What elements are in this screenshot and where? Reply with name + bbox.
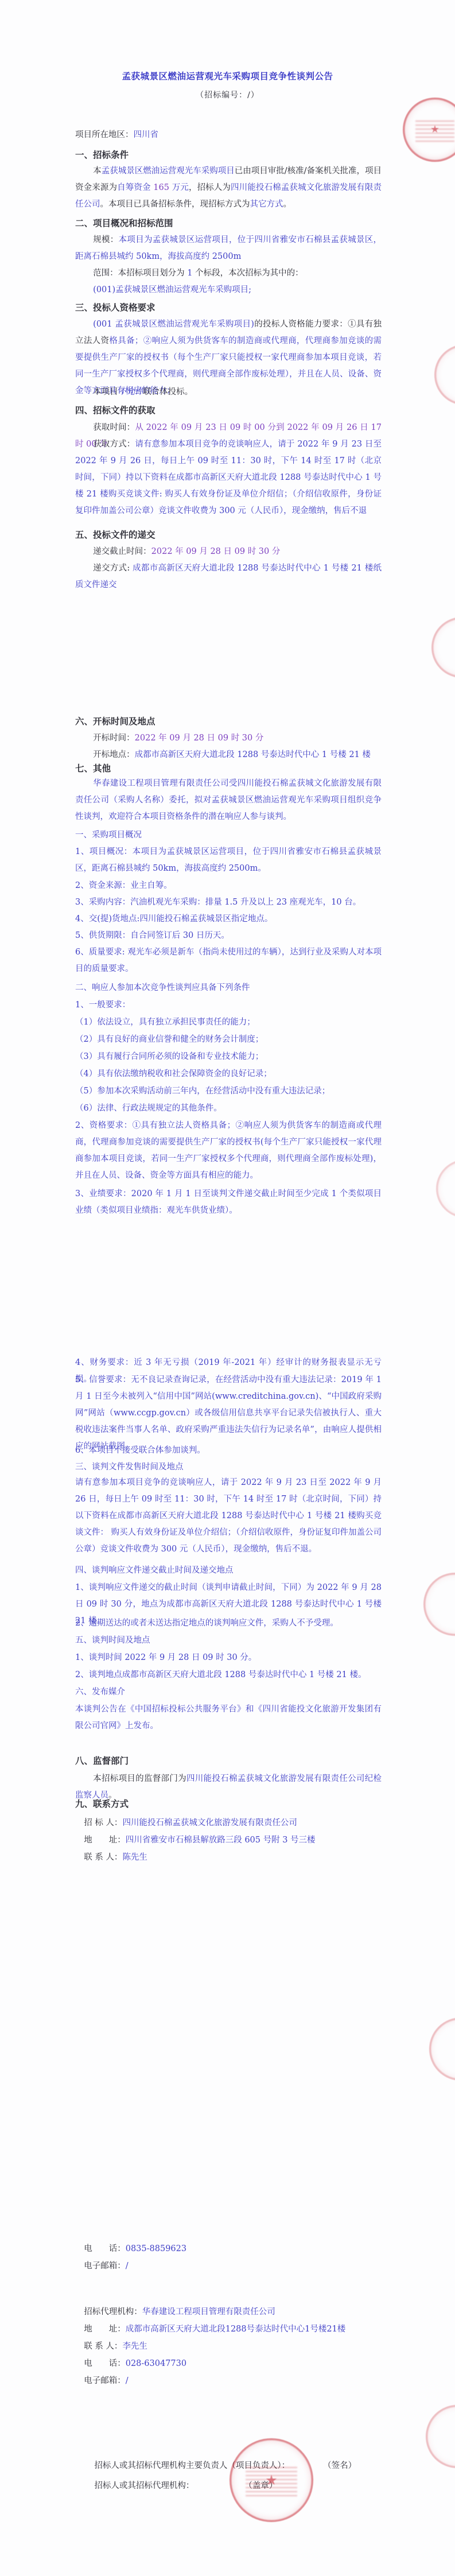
text-run: / [126,2261,129,2271]
text-run: 请有意参加本项目竞争的竞谈响应人，请于 2022 年 9 月 23 日至 202… [75,1478,382,1554]
text-run: 1、谈判时间 2022 年 9 月 28 日 09 时 30 分。 [75,1653,256,1662]
text-run: 招 标 人： [84,1818,122,1828]
text-run: 本 [93,166,102,176]
paragraph: 电 话：028-63047730 [75,2356,382,2372]
paragraph: 本项目不允许联合体投标。 [75,384,382,401]
text-run: 不允许 [118,387,143,397]
paragraph: 2、逾期送达的或者未送达指定地点的谈判响应文件，采购人不予受理。 [75,1615,382,1632]
text-run: 五、投标文件的递交 [75,529,155,540]
paragraph: 一、采购项目概况 [75,827,382,844]
text-run: 电 话： [84,2244,126,2253]
official-seal-partial [423,1573,455,1636]
paragraph: 开标时间：2022 年 09 月 28 日 09 时 30 分 [75,730,382,747]
official-seal: ★ [403,98,455,162]
section-heading: 二、项目概况和招标范围 [75,215,382,231]
section-heading: 六、开标时间及地点 [75,713,382,730]
text-run: 6、质量要求: 观光车必须是新车（指尚未使用过的车辆），达到行业及采购人对本项目… [75,948,382,973]
text-run: 0835-8859623 [126,2244,186,2253]
paragraph: 6、本项目不接受联合体参加谈判。 [75,1442,382,1459]
text-run: 招标代理机构： [84,2307,142,2317]
paragraph: 电 话：0835-8859623 [75,2241,382,2257]
section-heading: 一、招标条件 [75,146,382,163]
paragraph: 二、响应人参加本次竞争性谈判应具备下列条件 [75,980,382,996]
text-run: 本谈判公告在《中国招标投标公共服务平台》和《四川省能投文化旅游开发集团有限公司官… [75,1705,382,1731]
paragraph: 范围：本招标项目划分为 1 个标段，本次招标为其中的： [75,265,382,282]
paragraph: 三、谈判文件发售时间及地点 [75,1459,382,1476]
text-run: 获取方式： [93,440,135,449]
text-run: 3、采购内容：汽油机观光车采购：排量 1.5 升及以上 23 座观光车，10 台… [75,898,361,907]
seal-text-marks [246,2464,297,2496]
paragraph: 获取方式：请有意参加本项目竞争的竞谈响应人，请于 2022 年 9 月 23 日… [75,436,382,519]
text-run: 四川省雅安市石棉县解放路三段 605 号附 3 号三楼 [126,1836,316,1845]
paragraph: 地 址：成都市高新区天府大道北段1288号泰达时代中心1号楼21楼 [75,2321,382,2338]
text-run: 。本项目已具备招标条件，现招标方式为 [100,200,250,209]
text-run: 九、联系方式 [75,1798,129,1809]
paragraph: 本谈判公告在《中国招标投标公共服务平台》和《四川省能投文化旅游开发集团有限公司官… [75,1701,382,1735]
paragraph: （6）法律、行政法规规定的其他条件。 [75,1100,382,1117]
text-run: 4、交(提)货地点:四川能投石棉孟获城景区指定地点。 [75,914,273,924]
text-run: 本招标项目的监督部门为 [93,1774,186,1783]
text-run: 165 [153,183,169,192]
text-run: 电子邮箱： [84,2261,126,2271]
paragraph: 联 系 人：李先生 [75,2338,382,2355]
official-seal-partial [431,617,455,678]
text-run: 四、谈判响应文件递交截止时间及递交地点 [75,1566,234,1575]
text-run: 2、谈判地点成都市高新区天府大道北段 1288 号泰达时代中心 1 号楼 21 … [75,1670,366,1679]
paragraph: 2、谈判地点成都市高新区天府大道北段 1288 号泰达时代中心 1 号楼 21 … [75,1667,382,1683]
text-run: 3、业绩要求：2020 年 1 月 1 日至谈判文件递交截止时间至少完成 1 个… [75,1189,382,1215]
text-run: 二、项目概况和招标范围 [75,218,173,228]
text-run: 孟获城景区燃油运营观光车采购项目 [102,166,235,176]
paragraph: 电子邮箱：/ [75,2258,382,2275]
text-run: （1）依法设立，具有独立承担民事责任的能力； [75,1018,255,1027]
text-run: 2、资金来源：业主自筹。 [75,881,172,890]
paragraph: 2、资格要求：①具有独立法人资格具备；②响应人须为供货客车的制造商或代理商，代理… [75,1118,382,1184]
text-run: 范围：本招标项目划分为 [93,269,187,278]
official-seal-partial [426,2405,455,2468]
text-run: （3）具有履行合同所必须的设备和专业技术能力； [75,1052,263,1061]
paragraph: 请有意参加本项目竞争的竞谈响应人，请于 2022 年 9 月 23 日至 202… [75,1475,382,1558]
paragraph: 本孟获城景区燃油运营观光车采购项目已由项目审批/核准/备案机关批准，项目资金来源… [75,163,382,213]
tender-number: （招标编号：/） [0,89,455,100]
paragraph: (001)孟获城景区燃油运营观光车采购项目; [75,282,382,298]
text-run: 八、监督部门 [75,1755,129,1766]
text-run: 递交方式: [93,564,133,573]
text-run: 获取时间： [93,423,135,432]
text-run: 陈先生 [122,1853,147,1862]
text-run: 1 [187,269,192,278]
text-run: 四川省 [134,130,159,139]
paragraph: 2、资金来源：业主自筹。 [75,878,382,894]
text-run: 地 址： [84,2325,126,2334]
text-run: 联合体投标。 [143,387,193,397]
official-seal-partial [434,344,455,405]
paragraph: 4、交(提)货地点:四川能投石棉孟获城景区指定地点。 [75,911,382,928]
text-run: 。 [283,200,292,209]
text-run: 六、发布媒介 [75,1687,125,1697]
paragraph: 项目所在地区：四川省 [75,127,382,143]
paragraph: 五、谈判时间及地点 [75,1632,382,1649]
paragraph: 电子邮箱：/ [75,2373,382,2389]
text-run: 七、其他 [75,763,111,774]
section-heading: 四、招标文件的获取 [75,402,382,418]
section-heading: 五、投标文件的递交 [75,526,382,543]
paragraph: 联 系 人：陈先生 [75,1849,382,1866]
paragraph: 递交方式: 成都市高新区天府大道北段 1288 号泰达时代中心 1 号楼 21 … [75,560,382,593]
text-run: 本项目为孟获城景区运营项目，位于四川省雅安市石棉县孟获城景区，距离石棉县城约 5… [75,235,382,261]
text-run: 招标人或其招标代理机构主要负责人（项目负责人）： （签名） [94,2461,356,2470]
paragraph: 1、一般要求： [75,997,382,1014]
section-heading: 八、监督部门 [75,1752,382,1769]
text-run: 成都市高新区天府大道北段1288号泰达时代中心1号楼21楼 [126,2325,346,2334]
text-run: 联 系 人： [84,2342,122,2351]
paragraph: （3）具有履行合同所必须的设备和专业技术能力； [75,1049,382,1065]
text-run: 二、响应人参加本次竞争性谈判应具备下列条件 [75,983,250,992]
section-heading: 九、联系方式 [75,1795,382,1812]
text-run: （4）具有依法缴纳税收和社会保障资金的良好记录； [75,1069,272,1078]
paragraph: （4）具有依法缴纳税收和社会保障资金的良好记录； [75,1066,382,1083]
text-run: 开标地点： [93,750,135,759]
paragraph: 四、谈判响应文件递交截止时间及递交地点 [75,1562,382,1579]
document-page: 孟获城景区燃油运营观光车采购项目竞争性谈判公告 （招标编号：/） 项目所在地区：… [0,0,455,2576]
text-run: 一、招标条件 [75,149,129,160]
text-run: ，招标人为 [189,183,231,192]
paragraph: 3、业绩要求：2020 年 1 月 1 日至谈判文件递交截止时间至少完成 1 个… [75,1186,382,1219]
paragraph: 3、采购内容：汽油机观光车采购：排量 1.5 升及以上 23 座观光车，10 台… [75,894,382,911]
section-heading: 三、投标人资格要求 [75,299,382,316]
text-run: 本项目 [93,387,118,397]
text-run: 成都市高新区天府大道北段 1288 号泰达时代中心 1 号楼 21 楼 [135,750,371,759]
paragraph: 5、供货期限：自合同签订后 30 日历天。 [75,928,382,944]
text-run: 自筹资金 [117,183,153,192]
paragraph: 招标代理机构：华春建设工程项目管理有限责任公司 [75,2304,382,2321]
paragraph: 六、发布媒介 [75,1684,382,1701]
text-run: 1、一般要求： [75,1000,130,1010]
text-run: (001)孟获城景区燃油运营观光车采购项目; [93,285,251,294]
text-run: 5、信誉要求：无不良记录查询记录，在经营活动中没有重大违法记录：2019 年 1… [75,1375,382,1451]
text-run: 2、资格要求：①具有独立法人资格具备；②响应人须为供货客车的制造商或代理商，代理… [75,1121,382,1180]
text-run: 6、本项目不接受联合体参加谈判。 [75,1446,205,1455]
text-run: 电 话： [84,2359,126,2368]
text-run: （2）具有良好的商业信誉和健全的财务会计制度； [75,1035,263,1044]
text-run: 万元 [169,183,189,192]
official-seal: ★ [230,2438,313,2522]
paragraph: （1）依法设立，具有独立承担民事责任的能力； [75,1014,382,1031]
text-run: 三、投标人资格要求 [75,302,155,313]
text-run: （5）参加本次采购活动前三年内，在经营活动中没有重大违法记录； [75,1087,330,1096]
text-run: 1、项目概况：本项目为孟获城景区运营项目，位于四川省雅安市石棉县孟获城景区，距离… [75,847,382,873]
text-run: 项目所在地区： [75,130,134,139]
paragraph: （5）参加本次采购活动前三年内，在经营活动中没有重大违法记录； [75,1083,382,1100]
text-run: 2022 年 09 月 28 日 09 时 30 分 [151,547,281,556]
paragraph: 规模：本项目为孟获城景区运营项目，位于四川省雅安市石棉县孟获城景区，距离石棉县城… [75,232,382,265]
paragraph: （2）具有良好的商业信誉和健全的财务会计制度； [75,1031,382,1048]
text-run: 开标时间： [93,734,135,743]
text-run: 华春建设工程项目管理有限责任公司 [142,2307,275,2317]
text-run: 其它方式 [250,200,283,209]
text-run: 5、供货期限：自合同签订后 30 日历天。 [75,931,230,940]
text-run: 2、逾期送达的或者未送达指定地点的谈判响应文件，采购人不予受理。 [75,1619,339,1628]
paragraph: 1、项目概况：本项目为孟获城景区运营项目，位于四川省雅安市石棉县孟获城景区，距离… [75,844,382,877]
official-seal-partial [436,1159,455,1218]
text-run: 六、开标时间及地点 [75,716,155,727]
text-run: 递交截止时间： [93,547,151,556]
text-run: 2022 年 09 月 28 日 09 时 30 分 [135,734,264,743]
paragraph: 华春建设工程项目管理有限责任公司受四川能投石棉孟获城文化旅游发展有限责任公司（采… [75,775,382,825]
text-run: 请有意参加本项目竞争的竞谈响应人，请于 2022 年 9 月 23 日至 202… [75,440,382,515]
official-seal-partial [429,2018,455,2081]
text-run: 规模： [93,235,118,245]
text-run: 个标段，本次招标为其中的： [193,269,304,278]
section-heading: 七、其他 [75,760,382,777]
text-run: 华春建设工程项目管理有限责任公司受四川能投石棉孟获城文化旅游发展有限责任公司（采… [75,779,382,821]
text-run: (001 孟获城景区燃油运营观光车采购项目) [93,320,254,329]
text-run: 五、谈判时间及地点 [75,1636,150,1645]
text-run: 李先生 [122,2342,147,2351]
seal-text-marks [415,118,454,142]
text-run: 三、谈判文件发售时间及地点 [75,1462,184,1472]
text-run: 联 系 人： [84,1853,122,1862]
text-run: 电子邮箱： [84,2376,126,2385]
text-run: 028-63047730 [126,2359,186,2368]
paragraph: 1、谈判时间 2022 年 9 月 28 日 09 时 30 分。 [75,1650,382,1666]
text-run: 四川能投石棉孟获城文化旅游发展有限责任公司 [122,1818,297,1828]
paragraph: 招 标 人：四川能投石棉孟获城文化旅游发展有限责任公司 [75,1815,382,1832]
paragraph: 地 址：四川省雅安市石棉县解放路三段 605 号附 3 号三楼 [75,1832,382,1849]
text-run: （6）法律、行政法规规定的其他条件。 [75,1104,222,1113]
text-run: 一、采购项目概况 [75,831,142,840]
page-title: 孟获城景区燃油运营观光车采购项目竞争性谈判公告 [0,69,455,82]
text-run: 四、招标文件的获取 [75,405,155,416]
text-run: 地 址： [84,1836,126,1845]
paragraph: 6、质量要求: 观光车必须是新车（指尚未使用过的车辆），达到行业及采购人对本项目… [75,944,382,977]
paragraph: 递交截止时间：2022 年 09 月 28 日 09 时 30 分 [75,544,382,560]
text-run: / [126,2376,129,2385]
